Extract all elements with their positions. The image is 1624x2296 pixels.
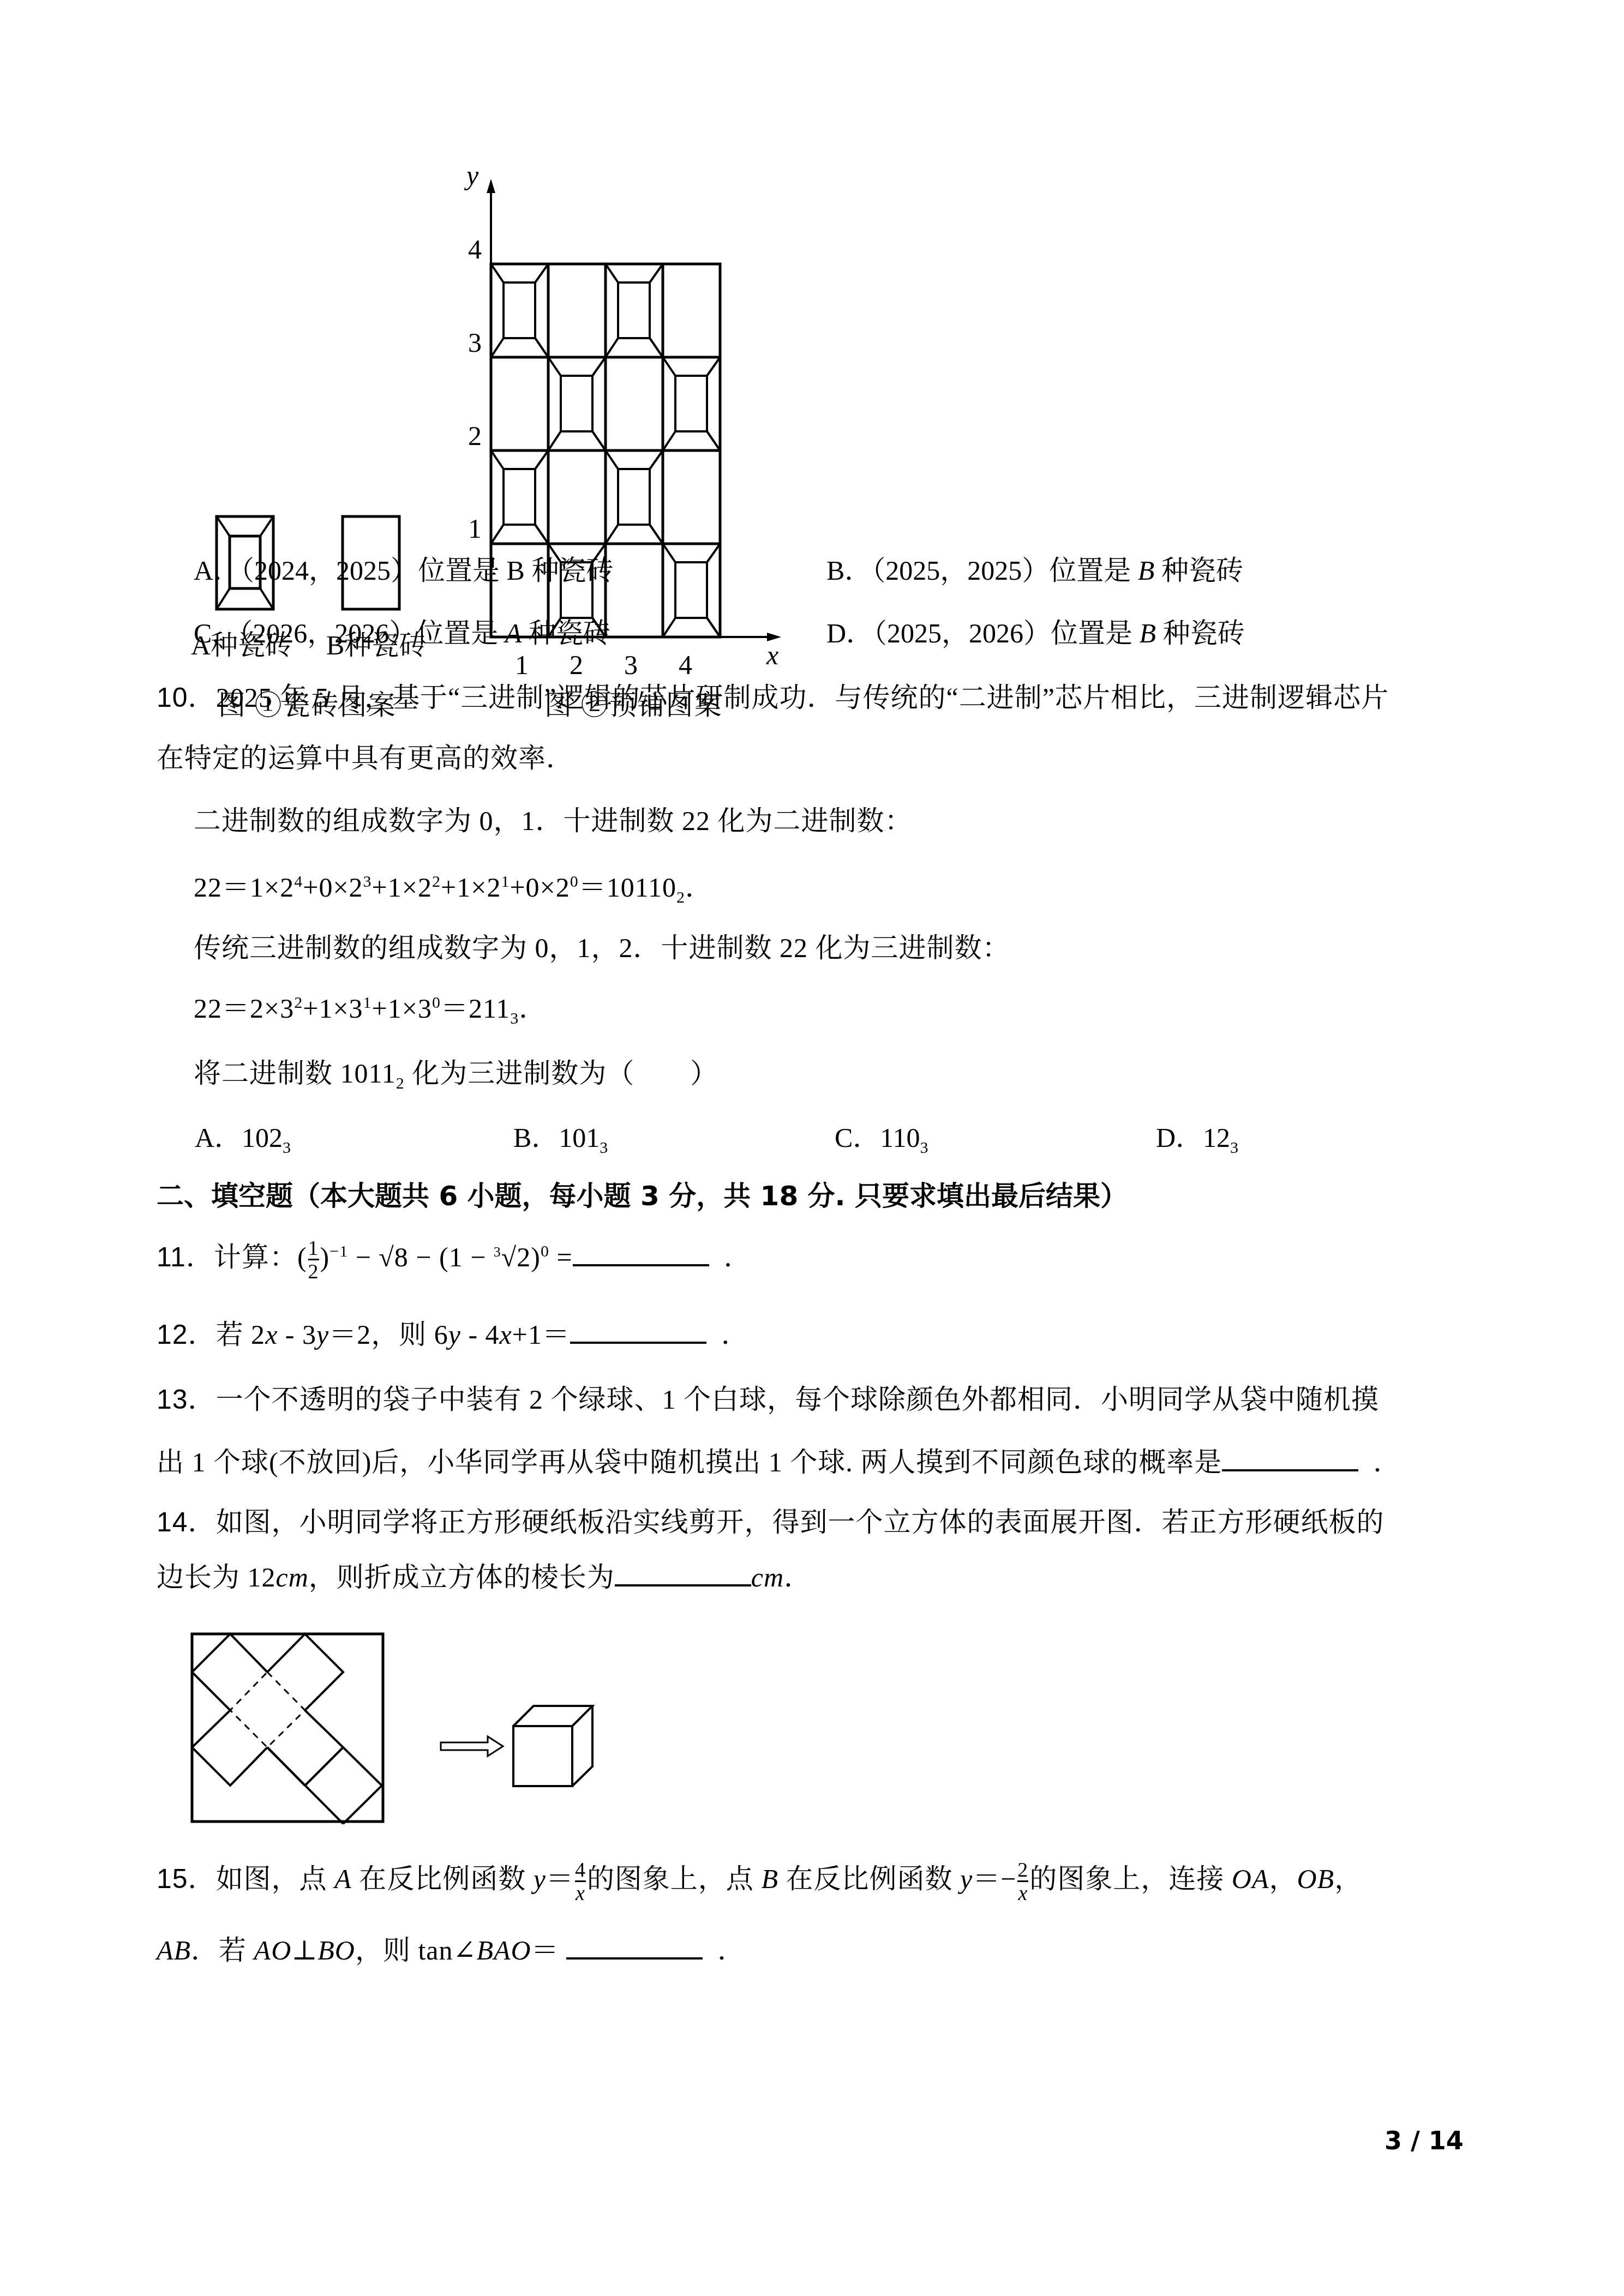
x-axis-label: x [766, 639, 778, 671]
cube-figure [512, 1704, 599, 1789]
y-tick-4: 4 [468, 233, 482, 265]
q15-line-1: 15．如图，点 A 在反比例函数 y＝4x的图象上，点 B 在反比例函数 y＝−… [157, 1860, 1362, 1904]
q14-line-2: 边长为 12cm，则折成立方体的棱长为cm． [157, 1561, 812, 1594]
answer-blank[interactable] [1222, 1448, 1358, 1471]
page-number: 3 / 14 [1385, 2126, 1464, 2155]
section-2-heading: 二、填空题（本大题共 6 小题，每小题 3 分，共 18 分. 只要求填出最后结… [157, 1180, 1128, 1212]
q10-option-c[interactable]: C．1103 [835, 1121, 928, 1154]
q12: 12．若 2x - 3y＝2，则 6y - 4x+1＝ ． [157, 1318, 749, 1351]
q9-option-a[interactable]: A．（2024，2025）位置是 B 种瓷砖 [194, 554, 613, 587]
fraction-4-over-x: 4x [575, 1860, 586, 1904]
q15-line-2: AB．若 AO⊥BO，则 tan∠BAO＝ ． [157, 1934, 745, 1967]
arrow-icon [440, 1734, 505, 1759]
cube-net-figure [191, 1633, 387, 1824]
x-tick-2: 2 [570, 649, 583, 681]
q10-option-b[interactable]: B．1013 [513, 1121, 608, 1154]
q10-binary-equation: 22＝1×24+0×23+1×22+1×21+0×20＝101102． [194, 871, 713, 904]
question-number: 10． [157, 682, 216, 713]
q10-option-d[interactable]: D．123 [1156, 1121, 1238, 1154]
answer-blank[interactable] [570, 1321, 706, 1344]
q13-line-2: 出 1 个球(不放回)后，小华同学再从袋中随机摸出 1 个球. 两人摸到不同颜色… [157, 1446, 1401, 1478]
q10-ternary-equation: 22＝2×32+1×31+1×30＝2113． [194, 992, 547, 1025]
x-tick-1: 1 [515, 649, 529, 681]
q9-option-d[interactable]: D．（2025，2026）位置是 B 种瓷砖 [826, 617, 1245, 650]
y-axis-label: y [466, 159, 478, 191]
answer-blank[interactable] [615, 1564, 751, 1586]
answer-blank[interactable] [566, 1937, 703, 1960]
q10-line-5: 传统三进制数的组成数字为 0，1，2．十进制数 22 化为三进制数： [194, 931, 1010, 964]
q10-question: 将二进制数 10112 化为三进制数为（ ） [194, 1057, 718, 1090]
y-tick-3: 3 [468, 327, 482, 358]
fraction-one-half: 12 [308, 1238, 319, 1282]
q11: 11．计算：(12)−1 − √8 − (1 − 3√2)0 = ． [157, 1238, 752, 1282]
q10-line-1: 10．2025 年 5 月，基于“三进制”逻辑的芯片研制成功．与传统的“二进制”… [157, 681, 1389, 714]
y-tick-2: 2 [468, 420, 482, 452]
q13-line-1: 13．一个不透明的袋子中装有 2 个绿球、1 个白球，每个球除颜色外都相同．小明… [157, 1383, 1379, 1416]
fraction-2-over-x: 2x [1017, 1860, 1028, 1904]
y-tick-1: 1 [468, 513, 482, 544]
q9-option-c[interactable]: C．（2026，2026）位置是 A 种瓷砖 [194, 617, 610, 650]
x-tick-4: 4 [679, 649, 692, 681]
q10-option-a[interactable]: A．1023 [195, 1121, 291, 1154]
q9-option-b[interactable]: B．（2025，2025）位置是 B 种瓷砖 [826, 554, 1243, 587]
q10-line-2: 在特定的运算中具有更高的效率． [157, 742, 574, 774]
q10-line-3: 二进制数的组成数字为 0，1．十进制数 22 化为二进制数： [194, 804, 913, 837]
answer-blank[interactable] [573, 1243, 709, 1266]
q14-line-1: 14．如图，小明同学将正方形硬纸板沿实线剪开，得到一个立方体的表面展开图．若正方… [157, 1506, 1385, 1538]
x-tick-3: 3 [624, 649, 638, 681]
